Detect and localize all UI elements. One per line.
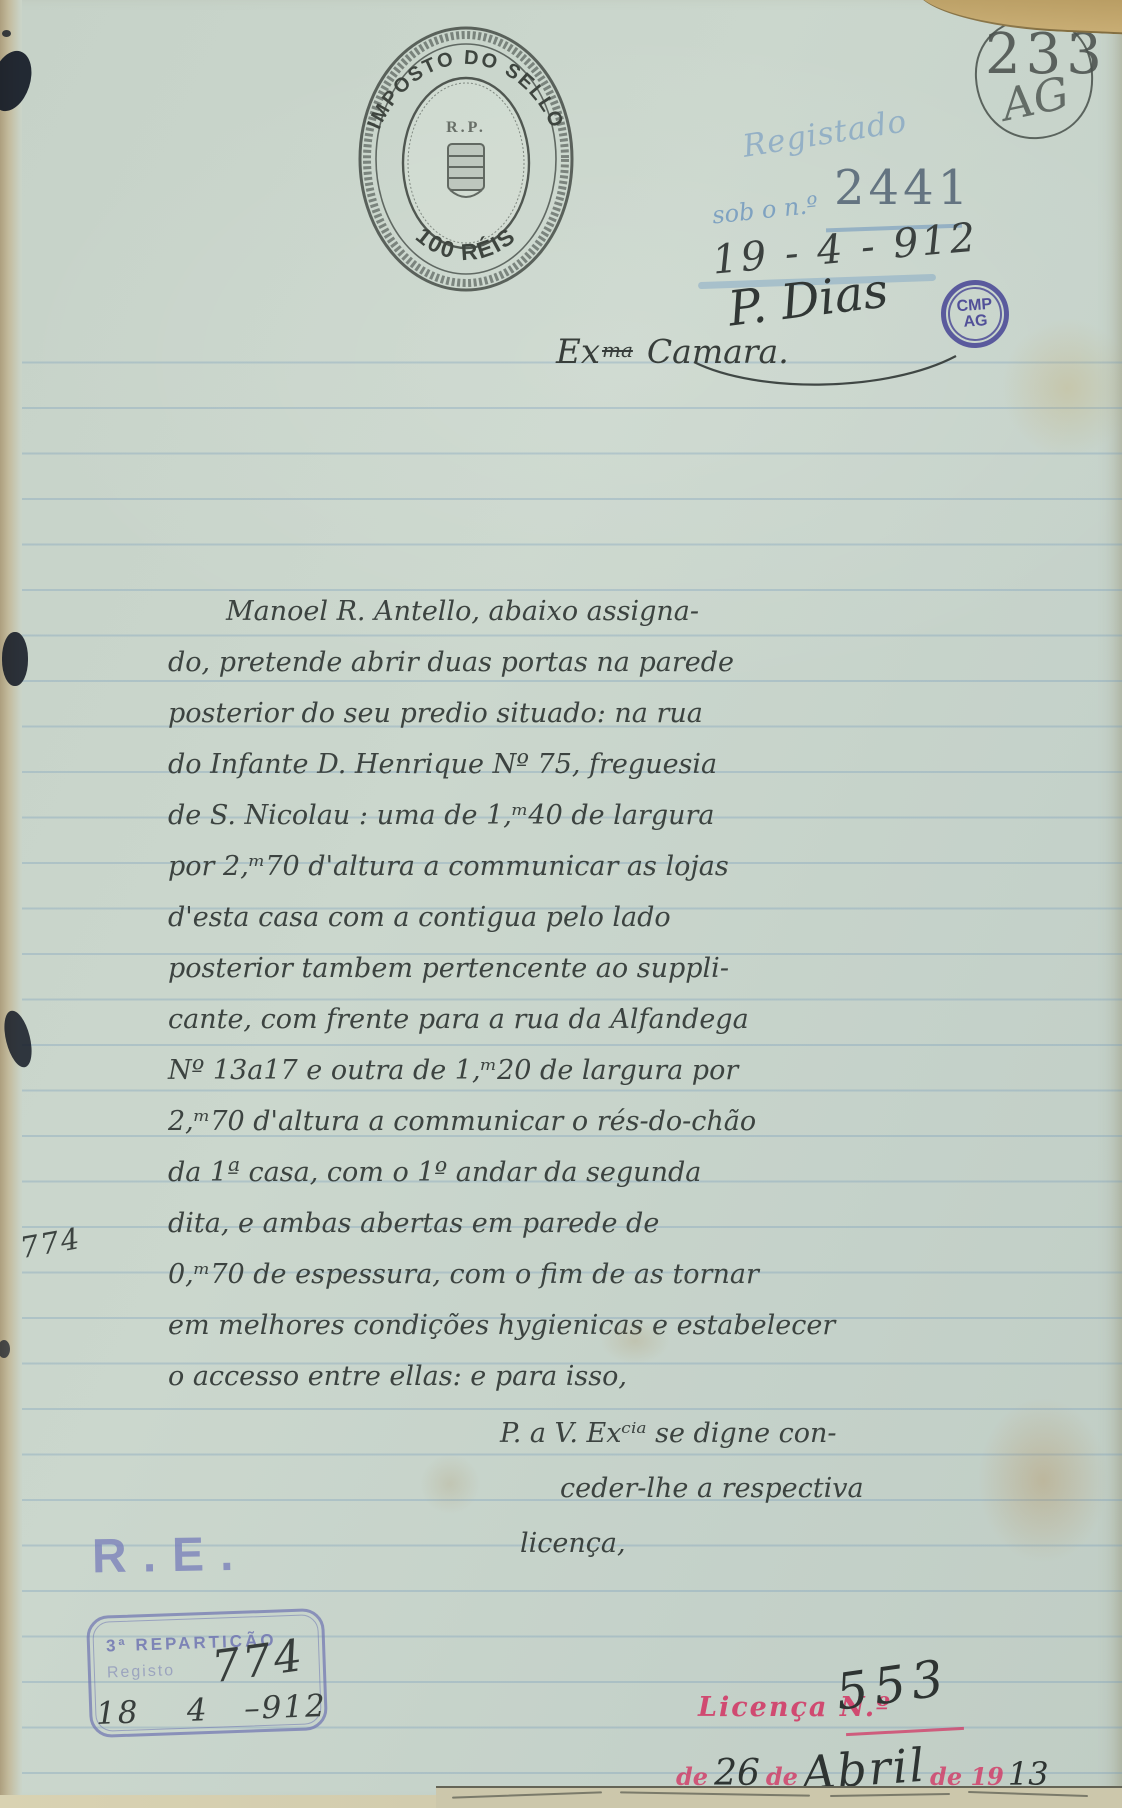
body-line: Manoel R. Antello, abaixo assigna- <box>168 586 948 637</box>
body-line: do, pretende abrir duas portas na parede <box>168 637 948 688</box>
body-line: 2,ᵐ70 d'altura a communicar o rés-do-chã… <box>168 1096 948 1147</box>
revenue-stamp-rp-text: R.P. <box>446 119 486 136</box>
body-line: em melhores condições hygienicas e estab… <box>168 1300 948 1351</box>
cmp-stamp-line2: AG <box>963 313 988 331</box>
re-stamp: R.E. <box>92 1527 250 1585</box>
registado-stamp: Registado <box>740 103 909 164</box>
revenue-stamp-crest-icon <box>448 144 484 197</box>
margin-number-note: 774 <box>18 1221 84 1265</box>
salutation-superscript: ma <box>602 338 633 362</box>
licenca-number-handwritten: 553 <box>833 1648 953 1721</box>
cmp-ag-round-stamp: CMP AG <box>939 278 1012 351</box>
body-line: licença, <box>520 1518 948 1569</box>
ink-blot <box>2 632 28 686</box>
scanned-document-page: IMPOSTO DO SELLO 100 RÉIS R.P. 233 AG Re… <box>0 0 1122 1808</box>
registration-number: 2441 <box>834 160 972 216</box>
salutation-rest: Camara. <box>647 332 789 371</box>
revenue-stamp-imposto-do-sello: IMPOSTO DO SELLO 100 RÉIS R.P. <box>352 20 582 298</box>
body-line: ceder-lhe a respectiva <box>560 1463 948 1514</box>
body-line: posterior tambem pertencente ao suppli- <box>168 943 948 994</box>
body-line: por 2,ᵐ70 d'altura a communicar as lojas <box>168 841 948 892</box>
body-line: de S. Nicolau : uma de 1,ᵐ40 de largura <box>168 790 948 841</box>
petition-body: Manoel R. Antello, abaixo assigna- do, p… <box>168 586 948 1569</box>
binding-edge <box>0 0 22 1808</box>
ink-blot <box>2 30 11 37</box>
sob-o-n-label: sob o n.º <box>711 191 820 230</box>
body-line: cante, com frente para a rua da Alfandeg… <box>168 994 948 1045</box>
body-line: d'esta casa com a contigua pelo lado <box>168 892 948 943</box>
body-line: 0,ᵐ70 de espessura, com o fim de as torn… <box>168 1249 948 1300</box>
body-line: dita, e ambas abertas em parede de <box>168 1198 948 1249</box>
body-line: da 1ª casa, com o 1º andar da segunda <box>168 1147 948 1198</box>
paper-stain <box>978 1398 1108 1563</box>
salutation-heading: ExmaCamara. <box>556 332 789 372</box>
body-line: do Infante D. Henrique Nº 75, freguesia <box>168 739 948 790</box>
body-line: Nº 13a17 e outra de 1,ᵐ20 de largura por <box>168 1045 948 1096</box>
licenca-number-underline <box>846 1727 964 1736</box>
salutation-prefix: Ex <box>556 332 600 372</box>
body-line: posterior do seu predio situado: na rua <box>168 688 948 739</box>
next-page-sliver <box>436 1786 1122 1808</box>
body-line: P. a V. Exᶜⁱᵃ se digne con- <box>500 1408 948 1459</box>
bottom-page-edge <box>0 1795 436 1808</box>
body-line: o accesso entre ellas: e para isso, <box>168 1351 948 1402</box>
cmp-ag-stamp-inner: CMP AG <box>946 285 1004 343</box>
paper-stain <box>1002 318 1122 458</box>
